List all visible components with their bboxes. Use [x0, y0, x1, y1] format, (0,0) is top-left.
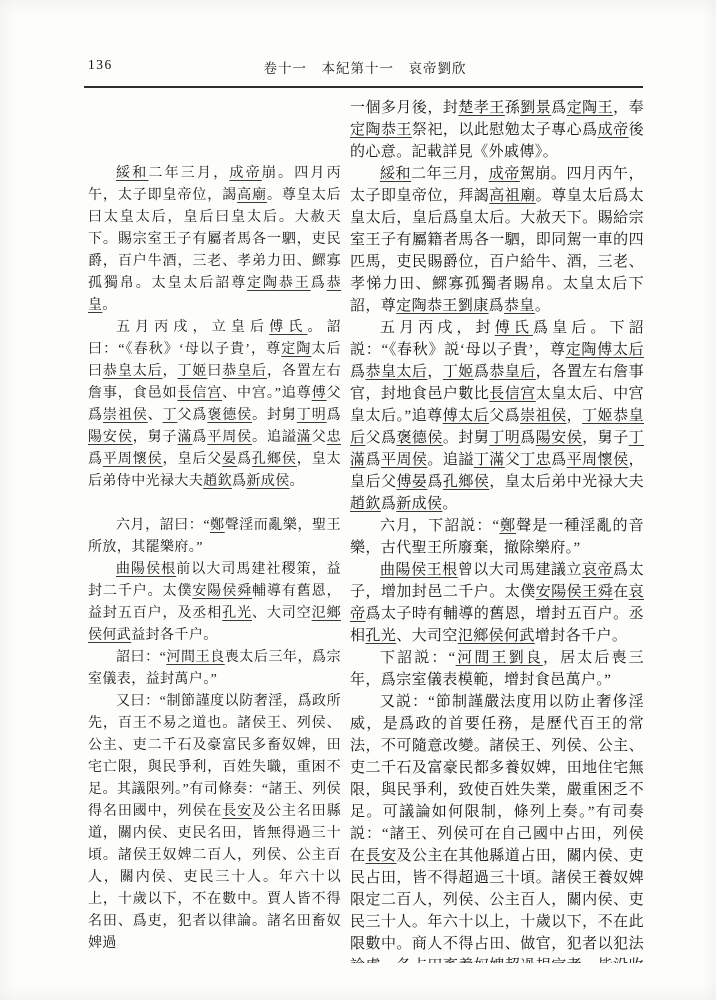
header-divider: [84, 86, 643, 88]
translation-paragraph-0: 一個多月後，封楚孝王孫劉景爲定陶王，奉定陶恭王祭祀，以此慰勉太子專心爲成帝後的心…: [350, 97, 644, 163]
translation-paragraph-1: 綏和二年三月，成帝駕崩。四月丙午，太子即皇帝位，拜謁高祖廟。尊皇太后爲太皇太后，…: [350, 163, 644, 317]
translation-paragraph-6: 又説：“節制謹嚴法度用以防止奢侈淫威，是爲政的首要任務，是歷代百王的常法，不可隨…: [350, 691, 644, 963]
classical-paragraph-1: 綏和二年三月，成帝崩。四月丙午，太子即皇帝位，謁高廟。尊皇太后曰太皇太后，皇后曰…: [88, 163, 341, 317]
book-page: 136 卷十一 本紀第十一 哀帝劉欣 一個多月後，封楚孝王孫劉景爲定陶王，奉定陶…: [0, 0, 716, 1000]
classical-paragraph-3: 六月，詔曰：“鄭聲淫而亂樂，聖王所放，其罷樂府。”: [88, 515, 341, 559]
classical-paragraph-2: 五月丙戌，立皇后傅氏。詔曰：“《春秋》‘母以子貴’，尊定陶太后曰恭皇太后，丁姬曰…: [88, 317, 341, 493]
translation-paragraph-2: 五月丙戌，封傅氏爲皇后。下詔説：“《春秋》説‘母以子貴’，尊定陶傅太后爲恭皇太后…: [350, 317, 644, 515]
classical-paragraph-6: 又曰：“制節謹度以防奢淫，爲政所先，百王不易之道也。諸侯王、列侯、公主、吏二千石…: [88, 691, 341, 955]
translation-paragraph-4: 曲陽侯王根曾以大司馬建議立哀帝爲太子，增加封邑二千户。太僕安陽侯王舜在哀帝爲太子…: [350, 559, 644, 647]
classical-paragraph-5: 詔曰：“河間王良喪太后三年，爲宗室儀表，益封萬户。”: [88, 647, 341, 691]
translation-paragraph-3: 六月，下詔説：“鄭聲是一種淫亂的音樂，古代聖王所廢棄，撤除樂府。”: [350, 515, 644, 559]
classical-paragraph-4: 曲陽侯根前以大司馬建社稷策，益封二千户。太僕安陽侯舜輔導有舊恩，益封五百户，及丞…: [88, 559, 341, 647]
translation-paragraph-5: 下詔説：“河間王劉良，居太后喪三年，爲宗室儀表模範，增封食邑萬户。”: [350, 647, 644, 691]
running-title: 卷十一 本紀第十一 哀帝劉欣: [88, 57, 642, 77]
two-column-text: 一個多月後，封楚孝王孫劉景爲定陶王，奉定陶恭王祭祀，以此慰勉太子專心爲成帝後的心…: [88, 97, 644, 963]
page-header: 136 卷十一 本紀第十一 哀帝劉欣: [88, 57, 642, 77]
